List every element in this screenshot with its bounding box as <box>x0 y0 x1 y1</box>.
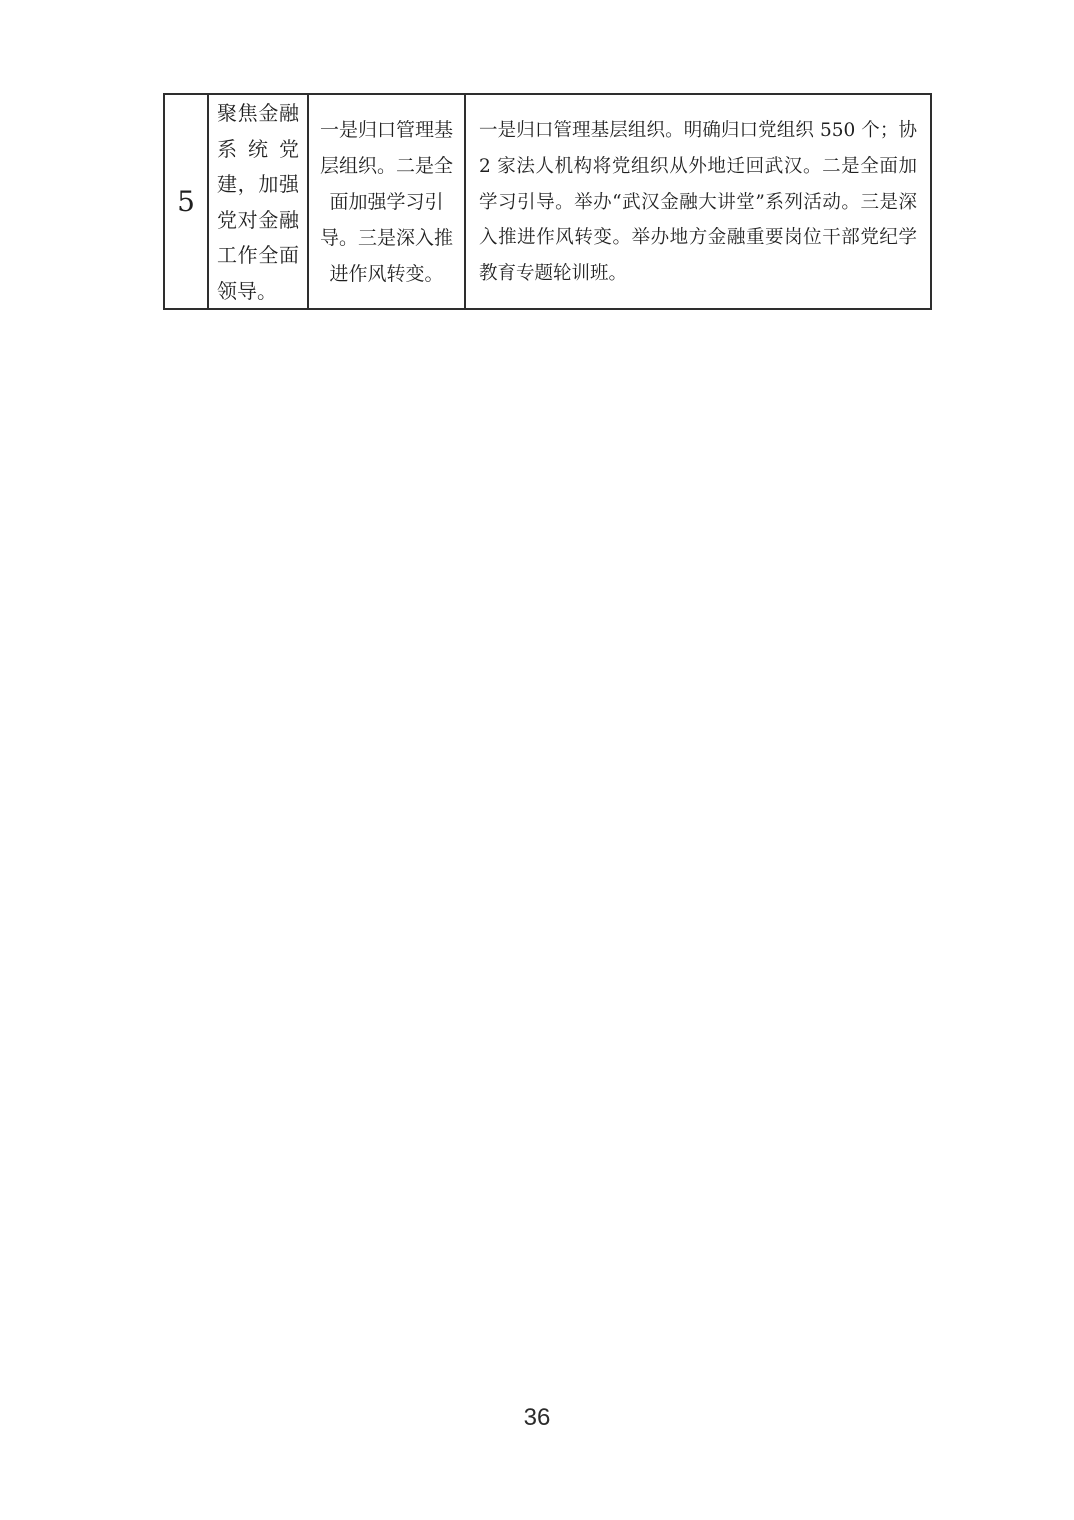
page-number: 36 <box>0 1404 1074 1432</box>
text-line: 导。三是深入推 <box>318 220 455 256</box>
row-index-cell: 5 <box>165 95 209 308</box>
text-line: 建，加强 <box>217 166 299 202</box>
text-line: 党对金融 <box>217 202 299 238</box>
text-line: 一是归口管理基层组织。明确归口党组织 550 个；协调 <box>479 113 917 149</box>
work-summary-table: 5 聚焦金融 系 统 党 建，加强 党对金融 工作全面 领导。 一是归口管理基 … <box>163 93 932 310</box>
document-page: 5 聚焦金融 系 统 党 建，加强 党对金融 工作全面 领导。 一是归口管理基 … <box>0 0 1074 1520</box>
text-line: 入推进作风转变。举办地方金融重要岗位干部党纪学习 <box>479 220 917 256</box>
text-line: 面加强学习引 <box>318 184 455 220</box>
row-index: 5 <box>177 185 195 218</box>
task-summary-cell: 聚焦金融 系 统 党 建，加强 党对金融 工作全面 领导。 <box>209 95 309 308</box>
text-line: 聚焦金融 <box>217 95 299 131</box>
progress-detail-cell: 一是归口管理基层组织。明确归口党组织 550 个；协调 2 家法人机构将党组织从… <box>466 95 930 308</box>
text-line: 学习引导。举办“武汉金融大讲堂”系列活动。三是深 <box>479 185 917 220</box>
text-line: 一是归口管理基 <box>318 112 455 148</box>
text-line: 层组织。二是全 <box>318 148 455 184</box>
text-line: 工作全面 <box>217 237 299 273</box>
text-line: 教育专题轮训班。 <box>479 256 917 291</box>
text-line: 2 家法人机构将党组织从外地迁回武汉。二是全面加强 <box>479 149 917 185</box>
measures-cell: 一是归口管理基 层组织。二是全 面加强学习引 导。三是深入推 进作风转变。 <box>309 95 466 308</box>
text-line: 系 统 党 <box>217 131 299 167</box>
text-line: 领导。 <box>217 273 299 309</box>
text-line: 进作风转变。 <box>318 256 455 292</box>
